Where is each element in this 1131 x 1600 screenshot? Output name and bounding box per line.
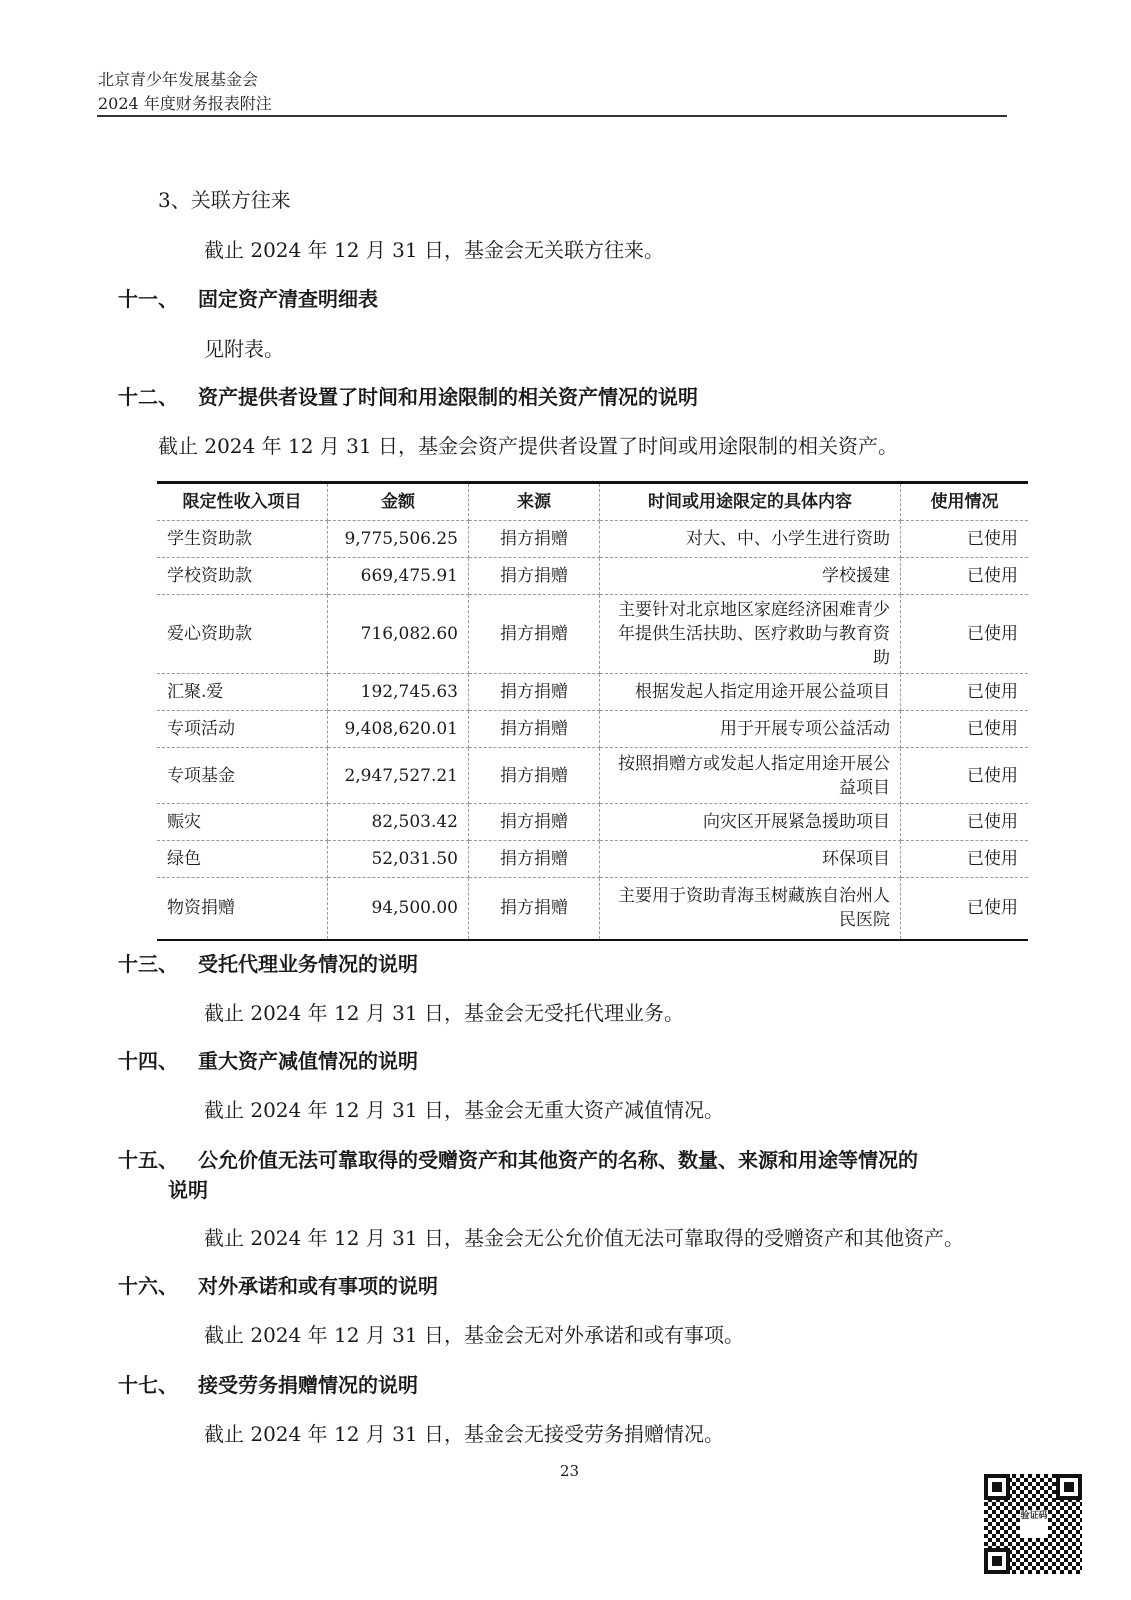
cell-item: 物资捐赠	[157, 878, 328, 940]
cell-amount: 52,031.50	[328, 841, 469, 878]
table-row: 学生资助款 9,775,506.25 捐方捐赠 对大、中、小学生进行资助 已使用	[157, 521, 1028, 558]
cell-source: 捐方捐赠	[469, 521, 600, 558]
table-row: 专项基金 2,947,527.21 捐方捐赠 按照捐赠方或发起人指定用途开展公益…	[157, 748, 1028, 804]
cell-restriction: 对大、中、小学生进行资助	[600, 521, 901, 558]
section-number: 十四、	[118, 1047, 198, 1075]
section-heading: 十一、固定资产清查明细表	[118, 285, 378, 313]
cell-source: 捐方捐赠	[469, 878, 600, 940]
table-row: 绿色 52,031.50 捐方捐赠 环保项目 已使用	[157, 841, 1028, 878]
paragraph: 见附表。	[204, 335, 284, 363]
cell-restriction: 根据发起人指定用途开展公益项目	[600, 674, 901, 711]
section-number: 十二、	[118, 383, 198, 411]
cell-amount: 9,408,620.01	[328, 711, 469, 748]
section-number: 十七、	[118, 1371, 198, 1399]
cell-item: 绿色	[157, 841, 328, 878]
cell-restriction: 环保项目	[600, 841, 901, 878]
cell-source: 捐方捐赠	[469, 711, 600, 748]
cell-restriction: 向灾区开展紧急援助项目	[600, 804, 901, 841]
section-number: 十三、	[118, 950, 198, 978]
cell-usage: 已使用	[901, 674, 1029, 711]
cell-usage: 已使用	[901, 521, 1029, 558]
cell-usage: 已使用	[901, 878, 1029, 940]
section-title: 对外承诺和或有事项的说明	[198, 1274, 438, 1298]
section-heading: 十五、公允价值无法可靠取得的受赠资产和其他资产的名称、数量、来源和用途等情况的	[118, 1146, 918, 1174]
section-number: 十一、	[118, 285, 198, 313]
paragraph: 截止 2024 年 12 月 31 日，基金会无关联方往来。	[204, 236, 664, 264]
section-title: 接受劳务捐赠情况的说明	[198, 1373, 418, 1397]
cell-item: 专项活动	[157, 711, 328, 748]
cell-amount: 94,500.00	[328, 878, 469, 940]
table-row: 专项活动 9,408,620.01 捐方捐赠 用于开展专项公益活动 已使用	[157, 711, 1028, 748]
paragraph: 截止 2024 年 12 月 31 日，基金会无对外承诺和或有事项。	[204, 1321, 744, 1349]
column-header: 来源	[469, 483, 600, 521]
table-row: 物资捐赠 94,500.00 捐方捐赠 主要用于资助青海玉树藏族自治州人民医院 …	[157, 878, 1028, 940]
qr-finder-icon	[1056, 1474, 1082, 1500]
cell-usage: 已使用	[901, 841, 1029, 878]
section-heading: 十三、受托代理业务情况的说明	[118, 950, 418, 978]
cell-usage: 已使用	[901, 595, 1029, 674]
cell-item: 汇聚.爱	[157, 674, 328, 711]
cell-restriction: 按照捐赠方或发起人指定用途开展公益项目	[600, 748, 901, 804]
page-number: 23	[560, 1462, 579, 1480]
cell-source: 捐方捐赠	[469, 804, 600, 841]
table-row: 汇聚.爱 192,745.63 捐方捐赠 根据发起人指定用途开展公益项目 已使用	[157, 674, 1028, 711]
header-doc-title: 2024 年度财务报表附注	[98, 92, 272, 116]
cell-restriction: 主要用于资助青海玉树藏族自治州人民医院	[600, 878, 901, 940]
column-header: 限定性收入项目	[157, 483, 328, 521]
cell-amount: 82,503.42	[328, 804, 469, 841]
cell-amount: 716,082.60	[328, 595, 469, 674]
cell-usage: 已使用	[901, 804, 1029, 841]
paragraph: 截止 2024 年 12 月 31 日，基金会无接受劳务捐赠情况。	[204, 1420, 724, 1448]
section-heading: 十四、重大资产减值情况的说明	[118, 1047, 418, 1075]
cell-restriction: 用于开展专项公益活动	[600, 711, 901, 748]
cell-amount: 2,947,527.21	[328, 748, 469, 804]
paragraph: 截止 2024 年 12 月 31 日，基金会无重大资产减值情况。	[204, 1096, 724, 1124]
subsection-title: 3、关联方往来	[158, 186, 291, 214]
header-org: 北京青少年发展基金会	[98, 68, 272, 92]
cell-item: 专项基金	[157, 748, 328, 804]
paragraph: 截止 2024 年 12 月 31 日，基金会无受托代理业务。	[204, 999, 684, 1027]
cell-item: 学校资助款	[157, 558, 328, 595]
table-header-row: 限定性收入项目 金额 来源 时间或用途限定的具体内容 使用情况	[157, 483, 1028, 521]
cell-amount: 9,775,506.25	[328, 521, 469, 558]
section-number: 十六、	[118, 1272, 198, 1300]
cell-item: 赈灾	[157, 804, 328, 841]
verification-qr-code[interactable]: 验证码	[984, 1474, 1082, 1574]
section-title: 固定资产清查明细表	[198, 287, 378, 311]
cell-amount: 669,475.91	[328, 558, 469, 595]
cell-source: 捐方捐赠	[469, 558, 600, 595]
cell-source: 捐方捐赠	[469, 674, 600, 711]
cell-item: 学生资助款	[157, 521, 328, 558]
column-header: 金额	[328, 483, 469, 521]
header-rule	[97, 115, 1007, 117]
cell-amount: 192,745.63	[328, 674, 469, 711]
cell-item: 爱心资助款	[157, 595, 328, 674]
page-header: 北京青少年发展基金会 2024 年度财务报表附注	[98, 68, 272, 116]
cell-usage: 已使用	[901, 711, 1029, 748]
section-heading: 十七、接受劳务捐赠情况的说明	[118, 1371, 418, 1399]
qr-finder-icon	[984, 1474, 1010, 1500]
cell-restriction: 主要针对北京地区家庭经济困难青少年提供生活扶助、医疗救助与教育资助	[600, 595, 901, 674]
cell-usage: 已使用	[901, 748, 1029, 804]
cell-usage: 已使用	[901, 558, 1029, 595]
section-title-continued: 说明	[168, 1176, 208, 1204]
table-row: 爱心资助款 716,082.60 捐方捐赠 主要针对北京地区家庭经济困难青少年提…	[157, 595, 1028, 674]
paragraph: 截止 2024 年 12 月 31 日，基金会无公允价值无法可靠取得的受赠资产和…	[204, 1224, 964, 1252]
section-title: 受托代理业务情况的说明	[198, 952, 418, 976]
paragraph: 截止 2024 年 12 月 31 日，基金会资产提供者设置了时间或用途限制的相…	[158, 432, 898, 460]
cell-restriction: 学校援建	[600, 558, 901, 595]
column-header: 使用情况	[901, 483, 1029, 521]
cell-source: 捐方捐赠	[469, 748, 600, 804]
cell-source: 捐方捐赠	[469, 595, 600, 674]
qr-label: 验证码	[1020, 1510, 1048, 1538]
section-number: 十五、	[118, 1146, 198, 1174]
section-title: 资产提供者设置了时间和用途限制的相关资产情况的说明	[198, 385, 698, 409]
section-title: 重大资产减值情况的说明	[198, 1049, 418, 1073]
column-header: 时间或用途限定的具体内容	[600, 483, 901, 521]
section-title: 公允价值无法可靠取得的受赠资产和其他资产的名称、数量、来源和用途等情况的	[198, 1148, 918, 1172]
section-heading: 十六、对外承诺和或有事项的说明	[118, 1272, 438, 1300]
table-row: 学校资助款 669,475.91 捐方捐赠 学校援建 已使用	[157, 558, 1028, 595]
table-row: 赈灾 82,503.42 捐方捐赠 向灾区开展紧急援助项目 已使用	[157, 804, 1028, 841]
section-heading: 十二、资产提供者设置了时间和用途限制的相关资产情况的说明	[118, 383, 698, 411]
restricted-assets-table: 限定性收入项目 金额 来源 时间或用途限定的具体内容 使用情况 学生资助款 9,…	[157, 481, 1028, 941]
qr-finder-icon	[984, 1548, 1010, 1574]
cell-source: 捐方捐赠	[469, 841, 600, 878]
